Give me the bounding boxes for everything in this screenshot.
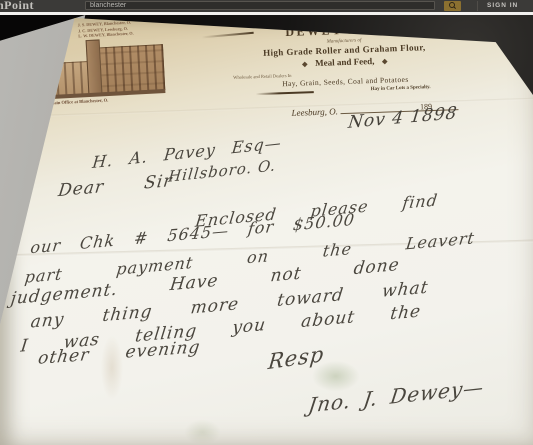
search-input[interactable] — [85, 1, 435, 10]
company-name-text: DEWEY BROS., — [285, 21, 402, 39]
dateline-place: Leesburg, O. — [291, 106, 338, 118]
mill-chimney — [85, 40, 102, 97]
handwritten-closing: Resp — [267, 342, 326, 374]
mill-main-building — [96, 44, 165, 94]
site-header: nPoint SIGN IN — [0, 0, 533, 12]
search-button[interactable] — [444, 1, 461, 11]
mill-caption: Main Office at Blanchester, O. — [50, 97, 109, 105]
handwritten-signature: Jno. J. Dewey— — [307, 375, 486, 418]
flourish-line — [256, 91, 314, 95]
flourish-line — [202, 32, 254, 39]
search-icon — [448, 2, 456, 10]
handwritten-salutation: Dear Sir — [57, 171, 174, 201]
ornament-icon — [382, 59, 388, 65]
page: nPoint SIGN IN J. S. DEWEY, Blanchester,… — [0, 0, 533, 445]
letter-document: J. S. DEWEY, Blanchester, O. J. C. DEWEY… — [0, 15, 533, 445]
product-line-text: Meal and Feed, — [315, 56, 375, 68]
document-photo: J. S. DEWEY, Blanchester, O. J. C. DEWEY… — [0, 15, 533, 445]
specialty-text: Hay in Car Lots a Specialty. — [371, 85, 431, 92]
ornament-icon — [302, 61, 308, 67]
search-icon-handle — [453, 6, 456, 9]
header-divider — [477, 1, 478, 11]
sign-in-link[interactable]: SIGN IN — [487, 2, 518, 9]
